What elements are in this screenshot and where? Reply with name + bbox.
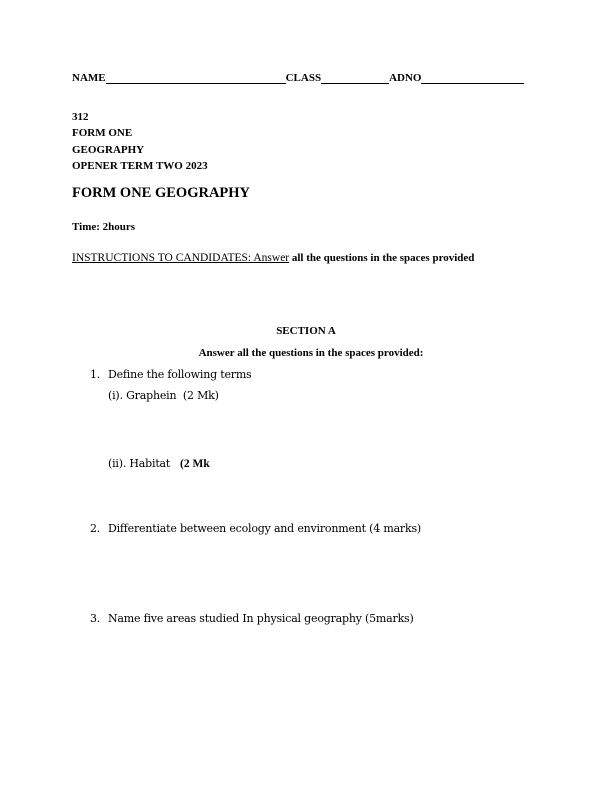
name-label: NAME (72, 72, 106, 84)
question-2: 2.Differentiate between ecology and envi… (90, 522, 421, 535)
question-text: Define the following terms (108, 368, 252, 381)
adno-field[interactable] (421, 72, 524, 84)
name-field[interactable] (106, 72, 286, 84)
question-number: 3. (90, 612, 108, 625)
instructions-text: all the questions in the spaces provided (289, 252, 474, 264)
section-title: SECTION A (0, 325, 612, 337)
class-field[interactable] (321, 72, 389, 84)
question-text: Name five areas studied In physical geog… (108, 612, 414, 625)
instructions: INSTRUCTIONS TO CANDIDATES: Answer all t… (72, 252, 474, 264)
form-label: FORM ONE (72, 125, 132, 142)
question-number: 1. (90, 368, 108, 381)
part-label: (i). Graphein (2 Mk) (108, 389, 219, 402)
adno-label: ADNO (389, 72, 421, 84)
instructions-heading: INSTRUCTIONS TO CANDIDATES: Answer (72, 252, 289, 264)
exam-label: OPENER TERM TWO 2023 (72, 158, 208, 175)
section-subtitle: Answer all the questions in the spaces p… (0, 347, 612, 359)
part-marks: (2 Mk (180, 458, 210, 470)
class-label: CLASS (286, 72, 321, 84)
subject-label: GEOGRAPHY (72, 142, 144, 159)
candidate-details-line: NAME CLASS ADNO (72, 72, 524, 84)
page-title: FORM ONE GEOGRAPHY (72, 185, 250, 202)
question-number: 2. (90, 522, 108, 535)
question-3: 3.Name five areas studied In physical ge… (90, 612, 414, 625)
time-allowed: Time: 2hours (72, 221, 135, 233)
question-1-part-ii: (ii). Habitat (2 Mk (108, 457, 210, 470)
question-1: 1.Define the following terms (90, 368, 252, 381)
question-1-part-i: (i). Graphein (2 Mk) (108, 389, 219, 402)
question-text: Differentiate between ecology and enviro… (108, 522, 421, 535)
part-label: (ii). Habitat (108, 457, 180, 470)
paper-code: 312 (72, 109, 89, 126)
